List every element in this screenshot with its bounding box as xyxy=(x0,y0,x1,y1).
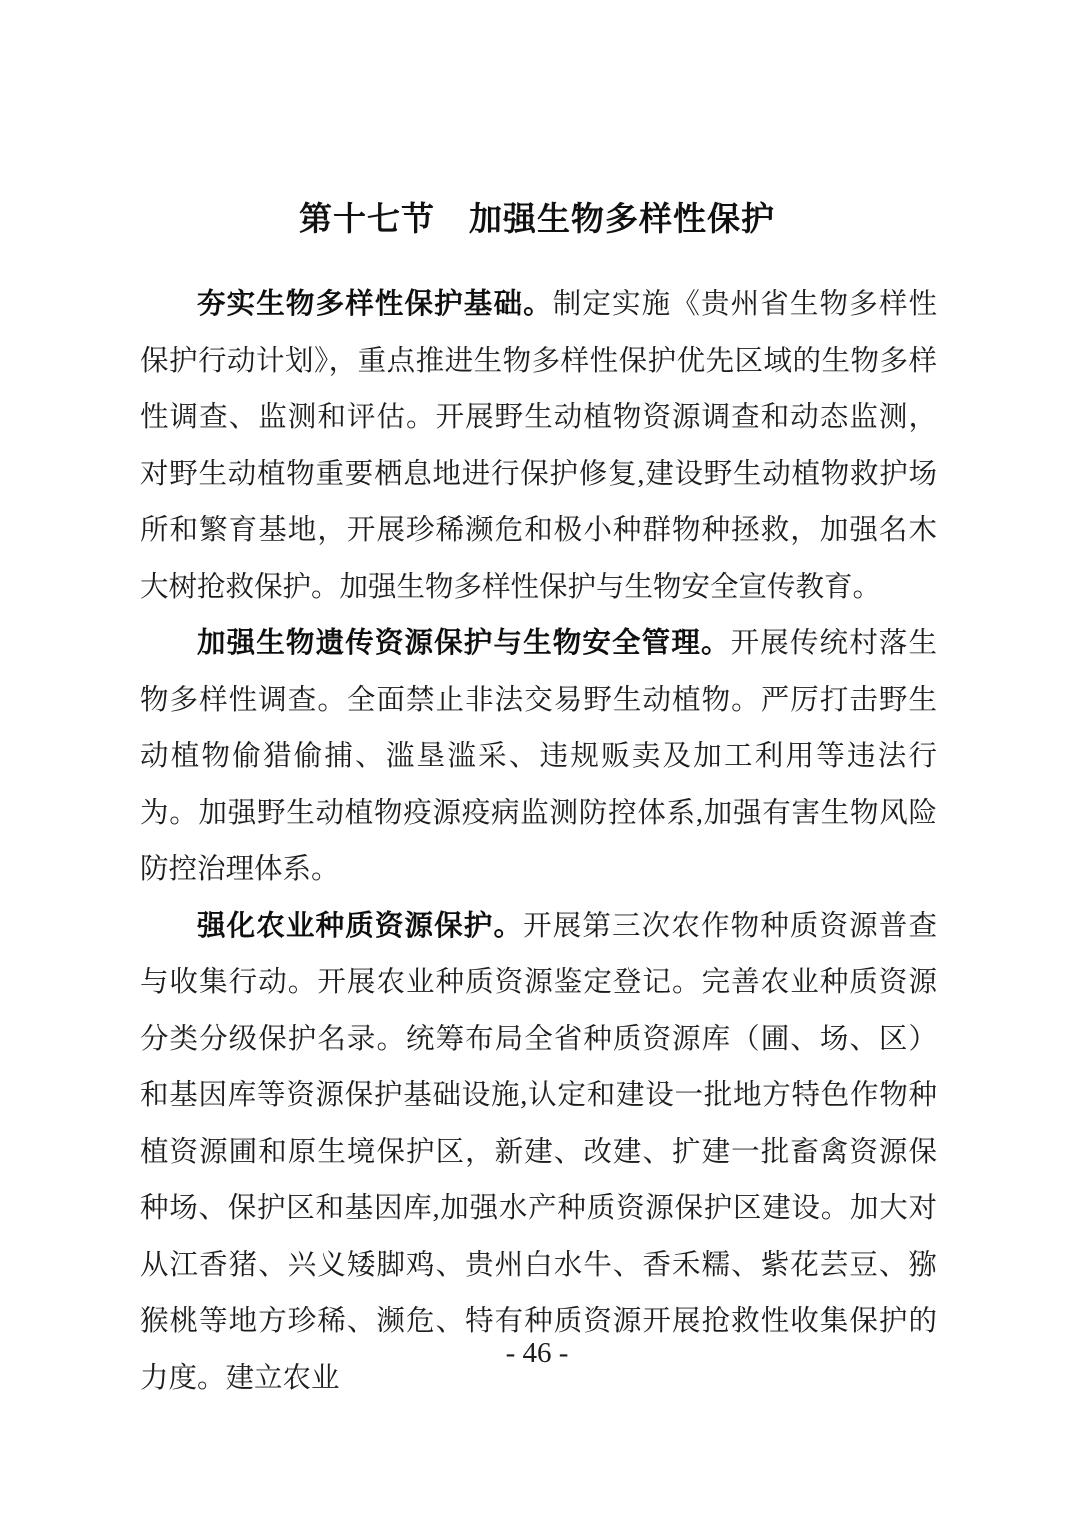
paragraph-2-text: 开展传统村落生物多样性调查。全面禁止非法交易野生动植物。严厉打击野生动植物偷猎偷… xyxy=(140,628,937,885)
paragraph-1-lead: 夯实生物多样性保护基础。 xyxy=(197,289,553,320)
document-page: 第十七节 加强生物多样性保护 夯实生物多样性保护基础。制定实施《贵州省生物多样性… xyxy=(0,0,1074,1520)
paragraph-3: 强化农业种质资源保护。开展第三次农作物种质资源普查与收集行动。开展农业种质资源鉴… xyxy=(140,899,937,1408)
paragraph-3-lead: 强化农业种质资源保护。 xyxy=(197,911,523,942)
document-body: 夯实生物多样性保护基础。制定实施《贵州省生物多样性保护行动计划》，重点推进生物多… xyxy=(140,277,937,1407)
paragraph-1-text: 制定实施《贵州省生物多样性保护行动计划》，重点推进生物多样性保护优先区域的生物多… xyxy=(140,289,937,603)
paragraph-1: 夯实生物多样性保护基础。制定实施《贵州省生物多样性保护行动计划》，重点推进生物多… xyxy=(140,277,937,616)
page-number: - 46 - xyxy=(0,1337,1074,1370)
paragraph-3-text: 开展第三次农作物种质资源普查与收集行动。开展农业种质资源鉴定登记。完善农业种质资… xyxy=(140,911,937,1394)
section-title: 第十七节 加强生物多样性保护 xyxy=(0,193,1074,240)
paragraph-2-lead: 加强生物遗传资源保护与生物安全管理。 xyxy=(197,628,731,659)
paragraph-2: 加强生物遗传资源保护与生物安全管理。开展传统村落生物多样性调查。全面禁止非法交易… xyxy=(140,616,937,899)
